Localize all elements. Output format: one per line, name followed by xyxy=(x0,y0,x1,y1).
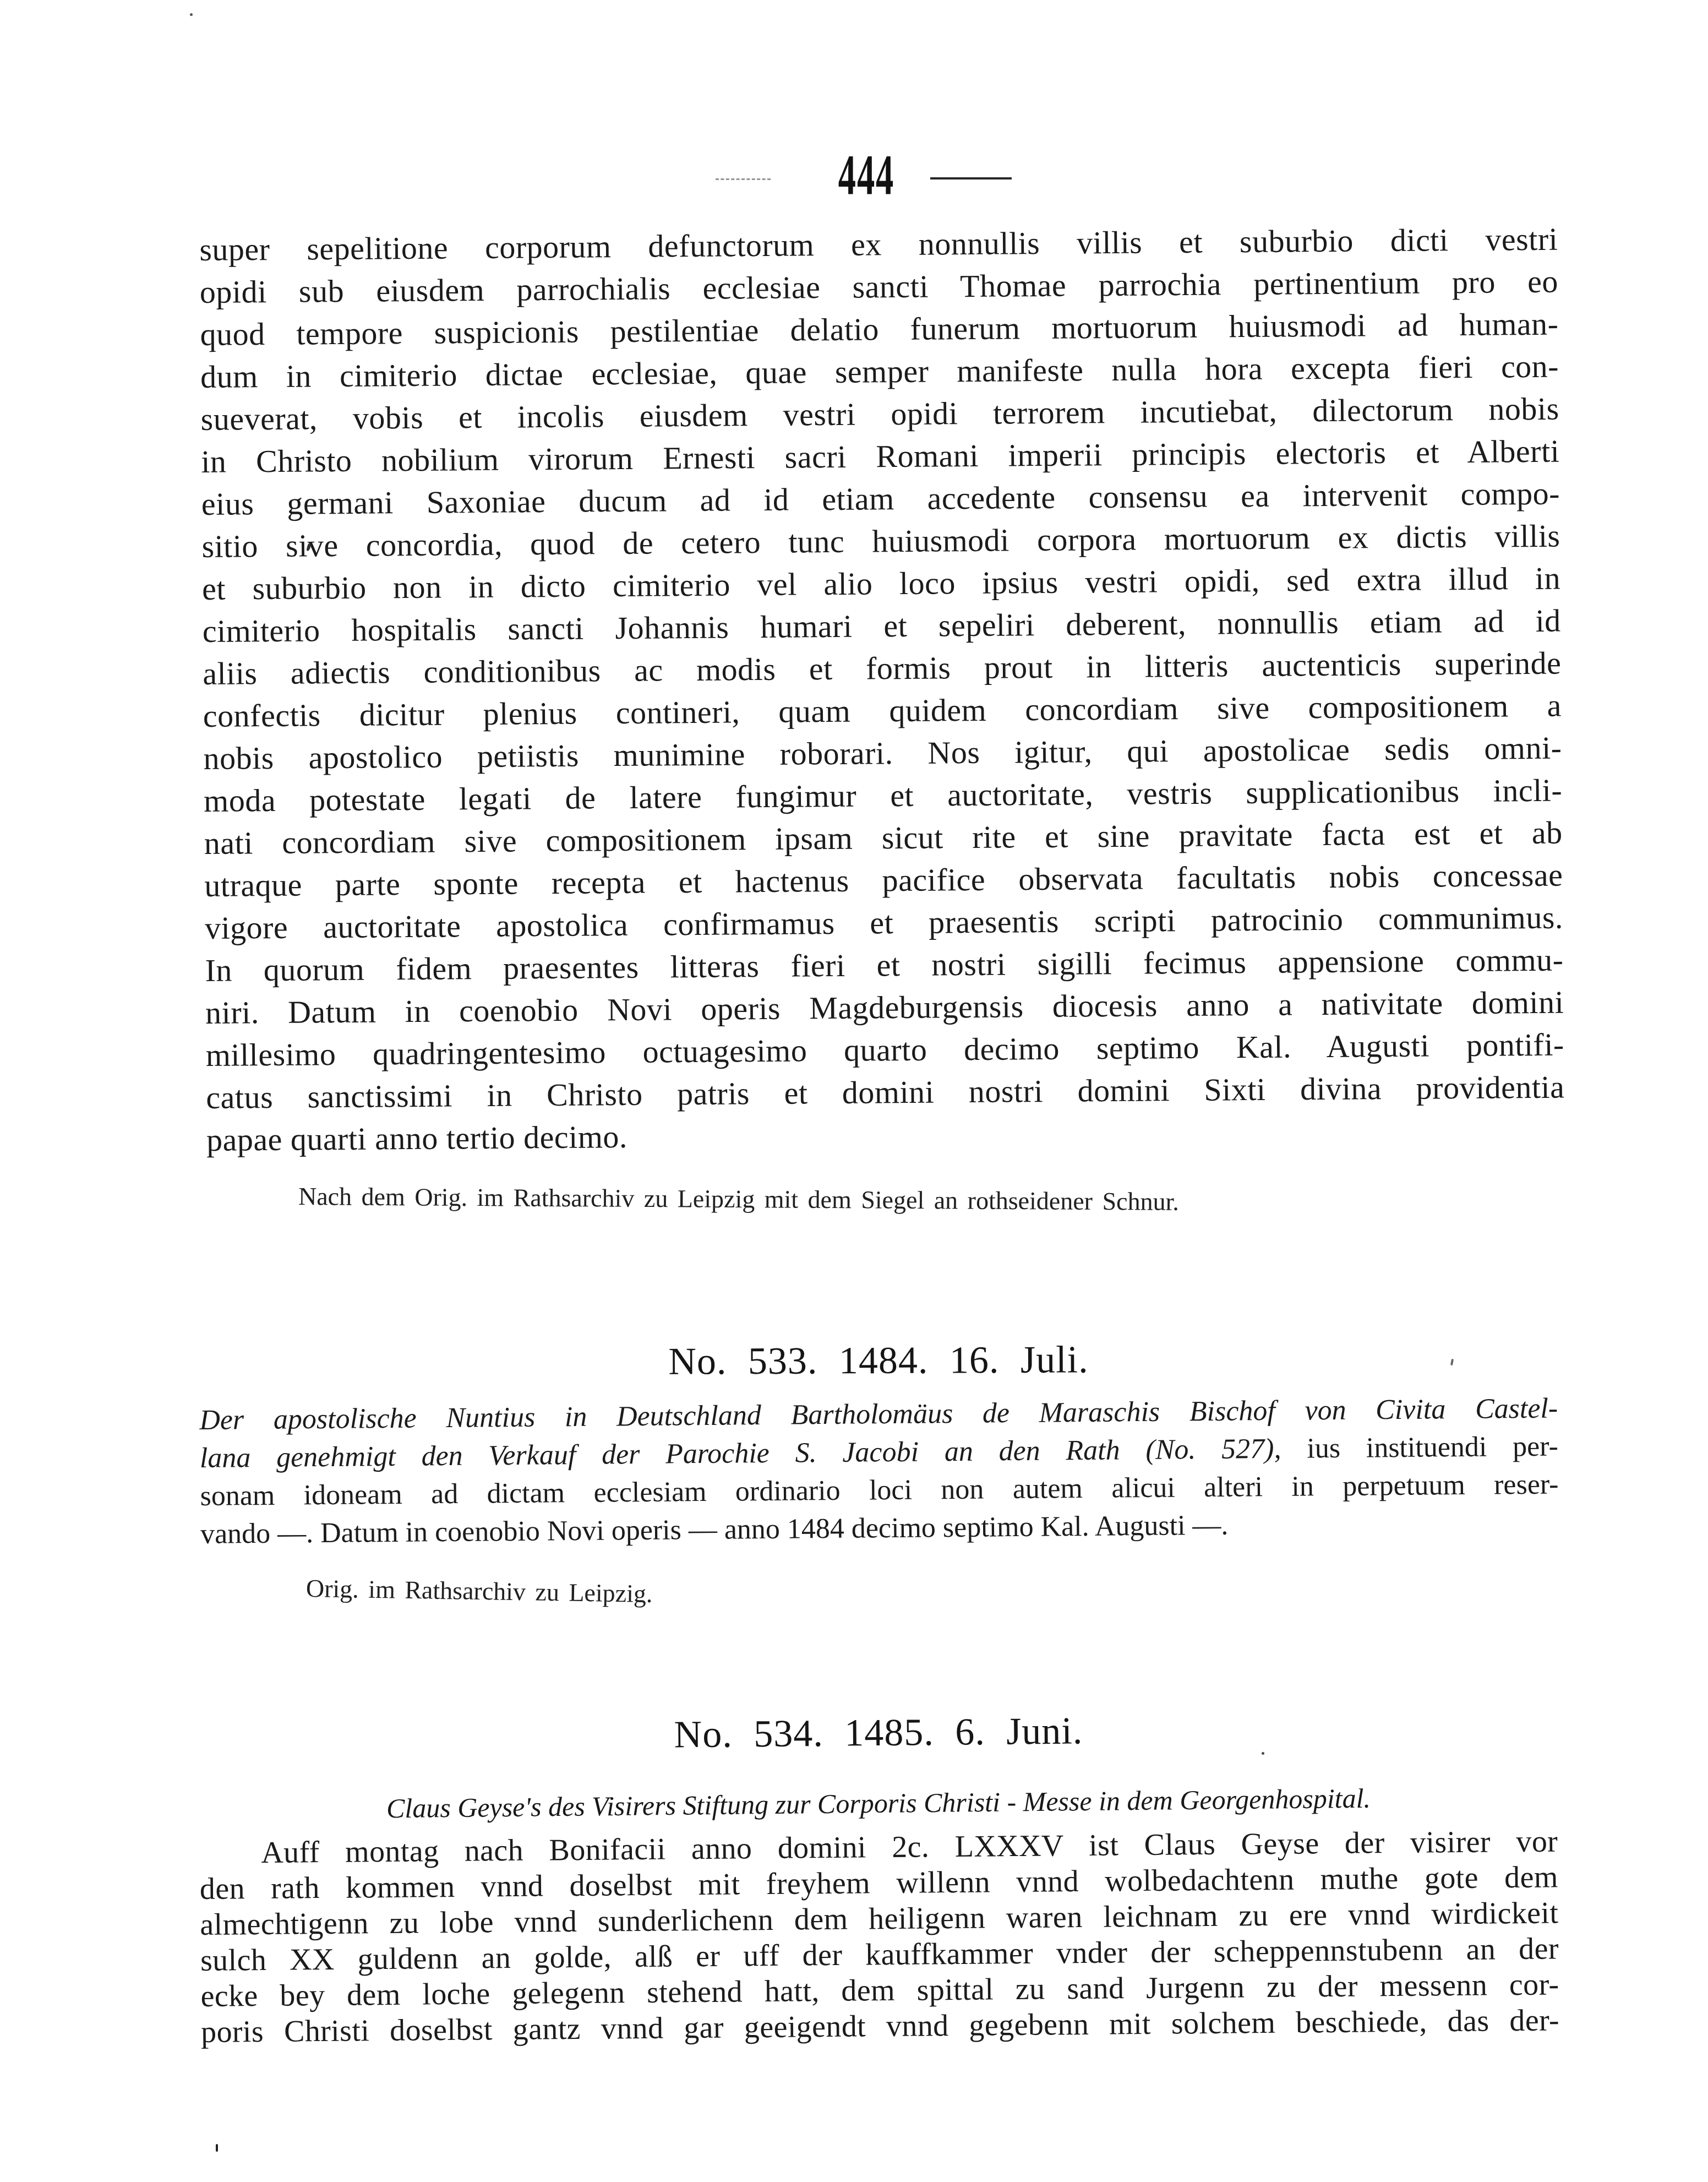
source-note: Orig. im Rathsarchiv zu Leipzig. xyxy=(306,1573,653,1609)
source-note: Nach dem Orig. im Rathsarchiv zu Leipzig… xyxy=(298,1181,1179,1217)
summary-german-segment: lana genehmigt den Verkauf der Parochie … xyxy=(200,1433,1281,1474)
scan-artifact-rule xyxy=(930,177,1012,179)
german-record-text-block: Auff montag nach Bonifacii anno domini 2… xyxy=(199,1824,1559,2050)
entry-534-heading: No. 534. 1485. 6. Juni. xyxy=(199,1705,1558,1762)
scanned-book-page: 444 super sepelitione corporum defunctor… xyxy=(0,0,1708,2182)
entry-533-summary: Der apostolische Nuntius in Deutschland … xyxy=(199,1389,1559,1553)
page-number: 444 xyxy=(445,142,1287,208)
scan-speck xyxy=(216,2144,218,2152)
latin-charter-text-block: super sepelitione corporum defunctorum e… xyxy=(199,218,1565,1161)
scan-speck xyxy=(190,13,193,16)
scan-speck xyxy=(1262,1752,1264,1755)
entry-533-heading: No. 533. 1484. 16. Juli. xyxy=(199,1336,1558,1386)
entry-534-title: Claus Geyse's des Visirers Stiftung zur … xyxy=(199,1780,1558,1826)
summary-latin-segment: ius instituendi per- xyxy=(1281,1430,1558,1464)
